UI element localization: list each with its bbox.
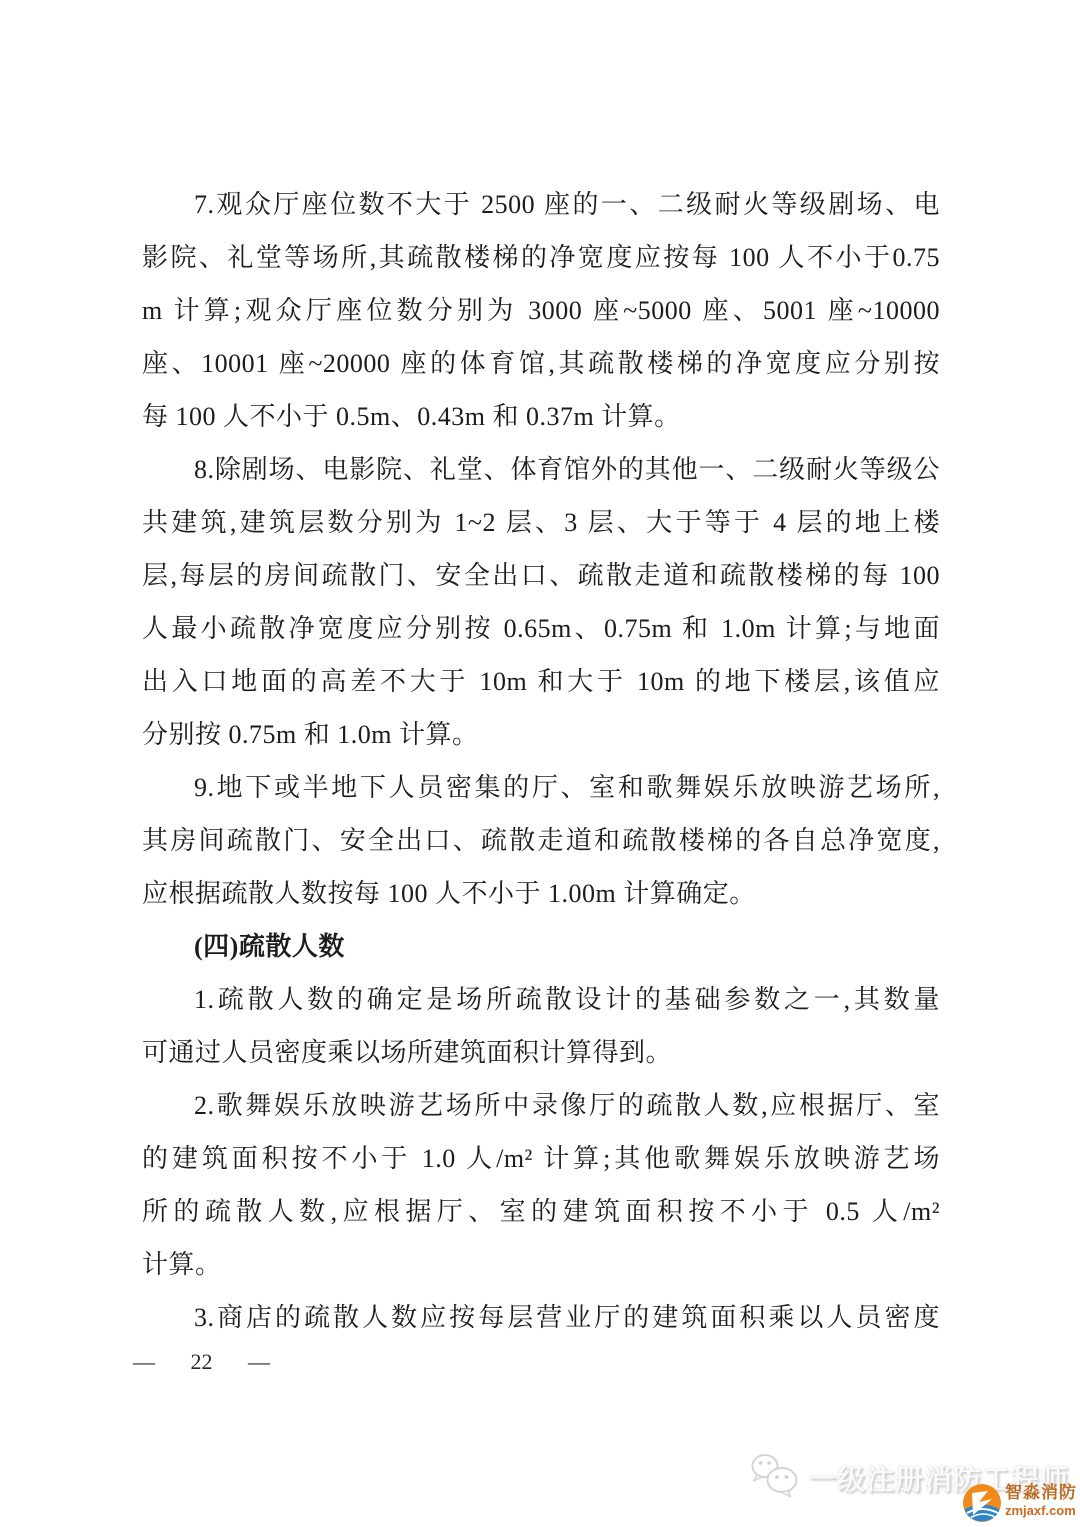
text-line: m 计算;观众厅座位数分别为 3000 座~5000 座、5001 座~1000…: [142, 284, 940, 337]
text-line: 出入口地面的高差不大于 10m 和大于 10m 的地下楼层,该值应: [142, 655, 940, 708]
brand-name: 智淼消防: [1005, 1484, 1077, 1501]
text-line: 2.歌舞娱乐放映游艺场所中录像厅的疏散人数,应根据厅、室: [142, 1079, 940, 1132]
paragraph-item-8: 8.除剧场、电影院、礼堂、体育馆外的其他一、二级耐火等级公 共建筑,建筑层数分别…: [142, 443, 940, 761]
text-line: 9.地下或半地下人员密集的厅、室和歌舞娱乐放映游艺场所,: [142, 761, 940, 814]
text-line: 其房间疏散门、安全出口、疏散走道和疏散楼梯的各自总净宽度,: [142, 814, 940, 867]
text-line: 的建筑面积按不小于 1.0 人/m² 计算;其他歌舞娱乐放映游艺场: [142, 1132, 940, 1185]
page-number: — 22 —: [133, 1342, 270, 1382]
text-line: 计算。: [142, 1238, 940, 1291]
text-line: 7.观众厅座位数不大于 2500 座的一、二级耐火等级剧场、电: [142, 178, 940, 231]
text-line: 每 100 人不小于 0.5m、0.43m 和 0.37m 计算。: [142, 390, 940, 443]
text-line: 层,每层的房间疏散门、安全出口、疏散走道和疏散楼梯的每 100: [142, 549, 940, 602]
section-heading-four: (四)疏散人数: [142, 920, 940, 973]
section-heading: (四)疏散人数: [142, 920, 940, 973]
paragraph-item-2: 2.歌舞娱乐放映游艺场所中录像厅的疏散人数,应根据厅、室 的建筑面积按不小于 1…: [142, 1079, 940, 1291]
document-body: 7.观众厅座位数不大于 2500 座的一、二级耐火等级剧场、电 影院、礼堂等场所…: [142, 178, 940, 1344]
zhimiao-logo-icon: [963, 1484, 1001, 1527]
text-line: 1.疏散人数的确定是场所疏散设计的基础参数之一,其数量: [142, 973, 940, 1026]
text-line: 人最小疏散净宽度应分别按 0.65m、0.75m 和 1.0m 计算;与地面: [142, 602, 940, 655]
paragraph-item-1: 1.疏散人数的确定是场所疏散设计的基础参数之一,其数量 可通过人员密度乘以场所建…: [142, 973, 940, 1079]
brand-url: zmjaxf.com: [1005, 1504, 1077, 1517]
text-line: 可通过人员密度乘以场所建筑面积计算得到。: [142, 1026, 940, 1079]
text-line: 共建筑,建筑层数分别为 1~2 层、3 层、大于等于 4 层的地上楼: [142, 496, 940, 549]
brand-badge: 智淼消防 zmjaxf.com: [963, 1484, 1077, 1527]
text-line: 3.商店的疏散人数应按每层营业厅的建筑面积乘以人员密度: [142, 1291, 940, 1344]
paragraph-item-3: 3.商店的疏散人数应按每层营业厅的建筑面积乘以人员密度: [142, 1291, 940, 1344]
text-line: 分别按 0.75m 和 1.0m 计算。: [142, 708, 940, 761]
text-line: 8.除剧场、电影院、礼堂、体育馆外的其他一、二级耐火等级公: [142, 443, 940, 496]
paragraph-item-7: 7.观众厅座位数不大于 2500 座的一、二级耐火等级剧场、电 影院、礼堂等场所…: [142, 178, 940, 443]
text-line: 影院、礼堂等场所,其疏散楼梯的净宽度应按每 100 人不小于0.75: [142, 231, 940, 284]
text-line: 所的疏散人数,应根据厅、室的建筑面积按不小于 0.5 人/m²: [142, 1185, 940, 1238]
document-page: 7.观众厅座位数不大于 2500 座的一、二级耐火等级剧场、电 影院、礼堂等场所…: [0, 0, 1080, 1527]
text-line: 应根据疏散人数按每 100 人不小于 1.00m 计算确定。: [142, 867, 940, 920]
paragraph-item-9: 9.地下或半地下人员密集的厅、室和歌舞娱乐放映游艺场所, 其房间疏散门、安全出口…: [142, 761, 940, 920]
text-line: 座、10001 座~20000 座的体育馆,其疏散楼梯的净宽度应分别按: [142, 337, 940, 390]
brand-texts: 智淼消防 zmjaxf.com: [1005, 1484, 1077, 1517]
wechat-icon: [750, 1452, 800, 1503]
